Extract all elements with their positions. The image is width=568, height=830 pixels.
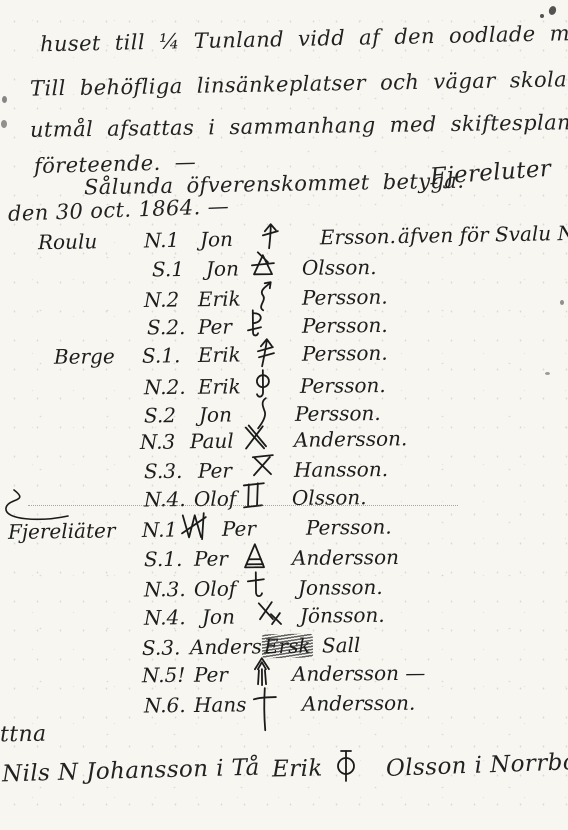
ink-flourish: [0, 478, 70, 522]
bomarke-arrow-three-legs-icon: [250, 656, 274, 686]
surname: Andersson.: [294, 426, 408, 452]
surname: Persson.: [302, 341, 388, 366]
bomarke-plain-cross-icon: [252, 686, 278, 732]
witness-given-name: Erik: [272, 756, 323, 783]
surname: Persson.: [300, 373, 386, 398]
lot-label: S.1: [152, 257, 184, 281]
paragraph-line-1: huset till ¼ Tunland vidd af den oodlade…: [40, 20, 568, 57]
lot-label: S.1.: [144, 547, 183, 571]
surname: Ersson.: [320, 224, 396, 249]
given-name: Per: [222, 516, 256, 540]
given-name: Jon: [206, 256, 239, 280]
surname: Olsson.: [302, 255, 377, 280]
lot-label: S.1.: [142, 343, 181, 367]
ink-blot: [540, 14, 544, 18]
lot-label: S.3.: [144, 459, 183, 483]
signature-row: N.6. Hans Andersson.: [0, 689, 568, 727]
lot-label: N.2: [144, 287, 180, 311]
surname: Sall: [322, 633, 361, 658]
given-name: Per: [194, 662, 228, 686]
given-name: Hans: [194, 692, 247, 717]
edge-artifact: [1, 120, 7, 128]
lot-label: N.4.: [144, 605, 186, 630]
paragraph-line-3: utmål afsattas i sammanhang med skiftesp…: [30, 110, 568, 142]
surname: Andersson.: [302, 691, 416, 716]
scanned-document-page: huset till ¼ Tunland vidd af den oodlade…: [0, 0, 568, 830]
given-name: Erik: [198, 374, 241, 398]
given-name: Olof: [194, 577, 236, 601]
surname: Persson.: [302, 285, 388, 310]
surname: Andersson —: [292, 661, 426, 686]
bomarke-looped-d-with-cross-icon: [246, 308, 266, 338]
witness-signature-right: Olsson i Norrboby: [386, 748, 568, 782]
lot-label: S.2.: [147, 315, 186, 339]
bomarke-four-like-cross-icon: [244, 570, 266, 600]
lot-label: N.1: [144, 228, 180, 253]
given-name: Per: [198, 458, 232, 482]
given-name: Per: [198, 315, 232, 339]
village-name-berge: Berge: [54, 344, 115, 369]
struck-out-word: Ersk: [262, 634, 313, 659]
lot-label: N.3: [140, 430, 176, 454]
bomarke-crossed-double-v-icon: [180, 511, 210, 541]
lot-label: N.1: [142, 517, 178, 541]
paragraph-line-2: Till behöfliga linsänkeplatser och vägar…: [30, 67, 567, 100]
lot-label: N.4.: [144, 487, 186, 511]
surname: Persson.: [302, 313, 388, 338]
edge-artifact: [560, 300, 564, 305]
bomarke-x-with-top-bar-icon: [250, 452, 276, 478]
witness-word-fragment: ttna: [0, 722, 47, 748]
note: äfven för Svalu N.2: [398, 221, 568, 248]
date-line: den 30 oct. 1864. —: [8, 194, 230, 226]
lot-label: S.2: [144, 403, 176, 427]
surname: Persson.: [306, 514, 392, 539]
lot-label: N.5!: [142, 663, 186, 687]
given-name: Paul: [190, 429, 234, 454]
lot-label: N.2.: [144, 375, 186, 399]
bomarke-double-x-icon: [256, 598, 284, 626]
bomarke-arrow-double-crossbar-icon: [252, 336, 278, 368]
edge-artifact: [2, 96, 7, 103]
surname: Olsson.: [292, 485, 367, 510]
lot-label: N.3.: [144, 577, 186, 601]
given-name: Jon: [199, 403, 232, 427]
ink-blot: [548, 5, 558, 16]
edge-artifact: [545, 372, 550, 375]
given-name: Erik: [198, 287, 241, 312]
lot-label: S.3.: [142, 635, 181, 660]
given-name: Erik: [198, 343, 241, 368]
bomarke-arrow-with-crossbar-icon: [258, 220, 283, 250]
surname: Andersson: [292, 545, 399, 570]
village-name-fjereliater: Fjereliäter: [8, 518, 116, 543]
surname: Persson.: [295, 401, 381, 426]
surname: Jonsson.: [298, 575, 383, 600]
surname: Hansson.: [294, 457, 388, 482]
bomarke-triple-cross-x-icon: [242, 422, 268, 452]
village-name-roulu: Roulu: [38, 229, 98, 254]
given-name: Jon: [202, 605, 235, 629]
witness-signature-left: Nils N Johansson i Tå: [2, 755, 260, 788]
lot-label: N.6.: [144, 693, 186, 717]
faint-dotted-line: [28, 505, 458, 506]
bomarke-triangle-with-cross-icon: [250, 250, 276, 278]
given-name: Jon: [200, 227, 233, 252]
given-name: Per: [194, 546, 228, 570]
surname: Jönsson.: [300, 603, 385, 628]
bomarke-phi-circle-bar-icon: [332, 748, 360, 784]
place-name: Fjereluter: [429, 156, 552, 190]
given-name: Olof: [194, 487, 236, 511]
bomarke-ladder-triangle-icon: [240, 540, 266, 570]
